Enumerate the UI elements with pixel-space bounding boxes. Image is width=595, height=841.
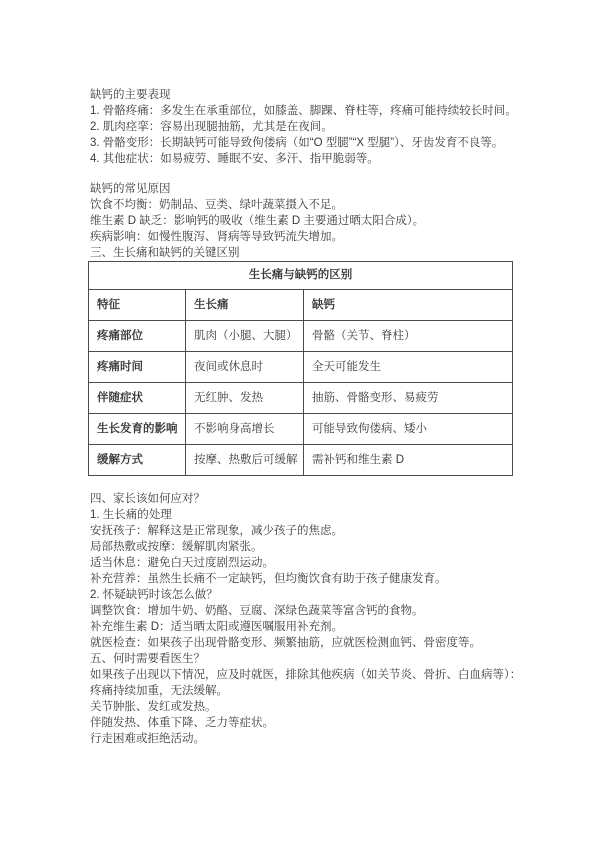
symptom-item-3: 3. 骨骼变形：长期缺钙可能导致佝偻病（如“O 型腿”“X 型腿”）、牙齿发育不…	[90, 135, 522, 151]
suspect-item-1: 调整饮食：增加牛奶、奶酪、豆腐、深绿色蔬菜等富含钙的食物。	[90, 603, 522, 619]
table-caption: 生长痛与缺钙的区别	[89, 262, 513, 290]
row-label-pain-location: 疼痛部位	[89, 321, 186, 352]
section5-heading: 五、何时需要看医生？	[90, 651, 522, 667]
cell-calcium-pain-location: 骨骼（关节、脊柱）	[304, 321, 513, 352]
handling-item-3: 适当休息：避免白天过度剧烈运动。	[90, 555, 522, 571]
cell-growing-pain-time: 夜间或休息时	[186, 352, 304, 383]
cause-item-1: 饮食不均衡：奶制品、豆类、绿叶蔬菜摄入不足。	[90, 197, 522, 213]
table-row: 缓解方式 按摩、热敷后可缓解 需补钙和维生素 D	[89, 445, 513, 476]
section4-heading: 四、家长该如何应对？	[90, 491, 522, 507]
warning-item-3: 伴随发热、体重下降、乏力等症状。	[90, 715, 522, 731]
table-header-row: 特征 生长痛 缺钙	[89, 290, 513, 321]
handling-item-1: 安抚孩子：解释这是正常现象，减少孩子的焦虑。	[90, 523, 522, 539]
section4-sub2-heading: 2. 怀疑缺钙时该怎么做？	[90, 587, 522, 603]
suspect-item-2: 补充维生素 D：适当晒太阳或遵医嘱服用补充剂。	[90, 619, 522, 635]
table-row: 伴随症状 无红肿、发热 抽筋、骨骼变形、易疲劳	[89, 383, 513, 414]
section-spacer	[90, 476, 522, 491]
cell-growing-relief: 按摩、热敷后可缓解	[186, 445, 304, 476]
row-label-pain-time: 疼痛时间	[89, 352, 186, 383]
handling-item-2: 局部热敷或按摩：缓解肌肉紧张。	[90, 539, 522, 555]
section3-heading: 三、生长痛和缺钙的关键区别	[90, 245, 522, 261]
warning-item-2: 关节肿胀、发红或发热。	[90, 699, 522, 715]
section4-sub1-heading: 1. 生长痛的处理	[90, 507, 522, 523]
cause-item-2: 维生素 D 缺乏：影响钙的吸收（维生素 D 主要通过晒太阳合成）。	[90, 213, 522, 229]
document-content: 缺钙的主要表现 1. 骨骼疼痛：多发生在承重部位，如膝盖、脚踝、脊柱等，疼痛可能…	[90, 87, 522, 747]
cell-calcium-growth-impact: 可能导致佝偻病、矮小	[304, 414, 513, 445]
row-label-accompanying-symptoms: 伴随症状	[89, 383, 186, 414]
table-row: 生长发育的影响 不影响身高增长 可能导致佝偻病、矮小	[89, 414, 513, 445]
cause-item-3: 疾病影响：如慢性腹泻、肾病等导致钙流失增加。	[90, 229, 522, 245]
symptom-item-2: 2. 肌肉痉挛：容易出现腿抽筋，尤其是在夜间。	[90, 119, 522, 135]
table-caption-row: 生长痛与缺钙的区别	[89, 262, 513, 290]
cell-growing-growth-impact: 不影响身高增长	[186, 414, 304, 445]
warning-item-4: 行走困难或拒绝活动。	[90, 731, 522, 747]
row-label-growth-impact: 生长发育的影响	[89, 414, 186, 445]
table-header-calcium-deficiency: 缺钙	[304, 290, 513, 321]
cell-growing-pain-location: 肌肉（小腿、大腿）	[186, 321, 304, 352]
cell-growing-symptoms: 无红肿、发热	[186, 383, 304, 414]
warning-item-1: 疼痛持续加重，无法缓解。	[90, 683, 522, 699]
section-spacer	[90, 167, 522, 181]
table-header-feature: 特征	[89, 290, 186, 321]
symptom-item-1: 1. 骨骼疼痛：多发生在承重部位，如膝盖、脚踝、脊柱等，疼痛可能持续较长时间。	[90, 103, 522, 119]
table-row: 疼痛部位 肌肉（小腿、大腿） 骨骼（关节、脊柱）	[89, 321, 513, 352]
row-label-relief-method: 缓解方式	[89, 445, 186, 476]
handling-item-4: 补充营养：虽然生长痛不一定缺钙，但均衡饮食有助于孩子健康发育。	[90, 571, 522, 587]
suspect-item-3: 就医检查：如果孩子出现骨骼变形、频繁抽筋，应就医检测血钙、骨密度等。	[90, 635, 522, 651]
section5-intro: 如果孩子出现以下情况，应及时就医，排除其他疾病（如关节炎、骨折、白血病等）：	[90, 667, 522, 683]
symptom-item-4: 4. 其他症状：如易疲劳、睡眠不安、多汗、指甲脆弱等。	[90, 151, 522, 167]
cell-calcium-pain-time: 全天可能发生	[304, 352, 513, 383]
table-row: 疼痛时间 夜间或休息时 全天可能发生	[89, 352, 513, 383]
cell-calcium-symptoms: 抽筋、骨骼变形、易疲劳	[304, 383, 513, 414]
section2-heading: 缺钙的常见原因	[90, 181, 522, 197]
document-page: 缺钙的主要表现 1. 骨骼疼痛：多发生在承重部位，如膝盖、脚踝、脊柱等，疼痛可能…	[0, 0, 595, 841]
section1-heading: 缺钙的主要表现	[90, 87, 522, 103]
comparison-table: 生长痛与缺钙的区别 特征 生长痛 缺钙 疼痛部位 肌肉（小腿、大腿） 骨骼（关节…	[88, 261, 513, 476]
table-header-growing-pain: 生长痛	[186, 290, 304, 321]
cell-calcium-relief: 需补钙和维生素 D	[304, 445, 513, 476]
